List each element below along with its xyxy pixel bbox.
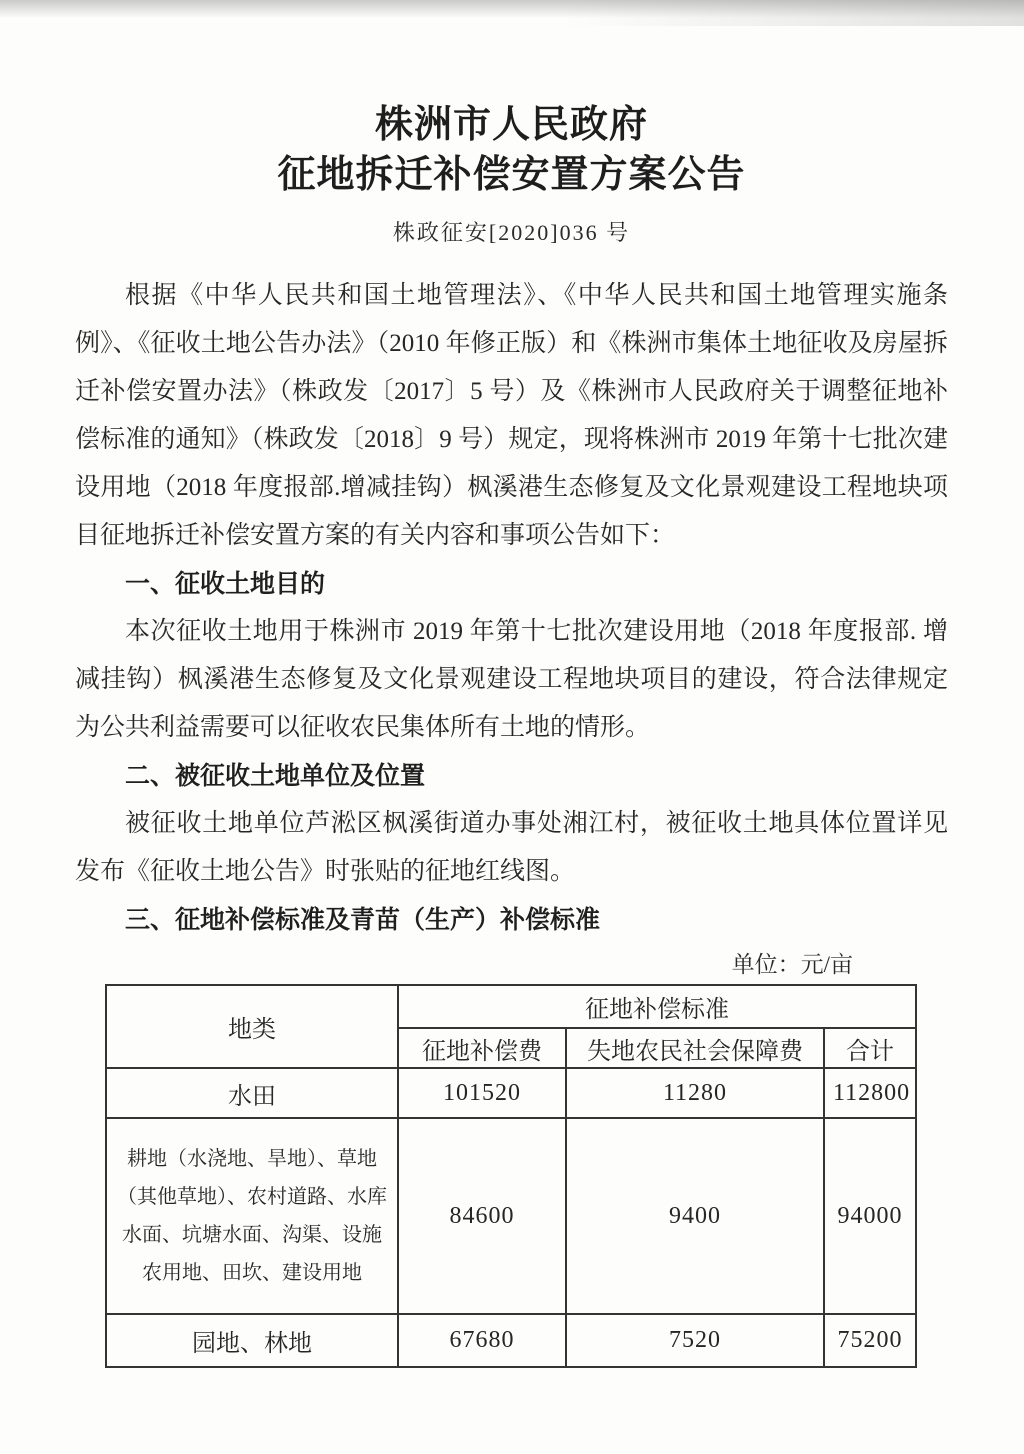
scanned-document-page: 株洲市人民政府 征地拆迁补偿安置方案公告 株政征安[2020]036 号 根据《… [0,0,1024,1454]
table-row-garden-forest: 园地、林地 67680 7520 75200 [106,1314,916,1367]
cell-social-security-fee: 7520 [566,1314,824,1367]
header-cell-standard-group: 征地补偿标准 [398,985,916,1028]
government-title: 株洲市人民政府 [75,100,948,150]
table-row-farmland-other: 耕地（水浇地、旱地）、草地（其他草地）、农村道路、水库水面、坑塘水面、沟渠、设施… [106,1118,916,1314]
header-cell-compensation-fee: 征地补偿费 [398,1028,566,1068]
header-cell-social-security-fee: 失地农民社会保障费 [566,1028,824,1068]
cell-land-type: 园地、林地 [106,1314,398,1367]
cell-land-type: 耕地（水浇地、旱地）、草地（其他草地）、农村道路、水库水面、坑塘水面、沟渠、设施… [106,1118,398,1314]
cell-compensation-fee: 101520 [398,1068,566,1118]
table-row-paddy-field: 水田 101520 11280 112800 [106,1068,916,1118]
announcement-title: 征地拆迁补偿安置方案公告 [75,150,948,200]
section-1-heading: 一、征收土地目的 [75,560,948,608]
section-1-paragraph: 本次征收土地用于株洲市 2019 年第十七批次建设用地（2018 年度报部. 增… [75,608,948,752]
intro-paragraph: 根据《中华人民共和国土地管理法》、《中华人民共和国土地管理实施条例》、《征收土地… [75,272,948,560]
cell-social-security-fee: 9400 [566,1118,824,1314]
cell-total: 94000 [824,1118,916,1314]
cell-compensation-fee: 67680 [398,1314,566,1367]
cell-compensation-fee: 84600 [398,1118,566,1314]
section-3-heading: 三、征地补偿标准及青苗（生产）补偿标准 [75,896,948,944]
table-header-row-1: 地类 征地补偿标准 [106,985,916,1028]
header-cell-total: 合计 [824,1028,916,1068]
scan-artifact-top-shade [0,0,1024,26]
cell-land-type: 水田 [106,1068,398,1118]
cell-social-security-fee: 11280 [566,1068,824,1118]
cell-total: 75200 [824,1314,916,1367]
section-2-paragraph: 被征收土地单位芦淞区枫溪街道办事处湘江村，被征收土地具体位置详见发布《征收土地公… [75,800,948,896]
table-unit-label: 单位：元/亩 [75,950,948,980]
document-number: 株政征安[2020]036 号 [75,218,948,248]
compensation-standards-table: 地类 征地补偿标准 征地补偿费 失地农民社会保障费 合计 水田 101520 1… [105,984,917,1368]
section-2-heading: 二、被征收土地单位及位置 [75,752,948,800]
cell-total: 112800 [824,1068,916,1118]
header-cell-land-type: 地类 [106,985,398,1068]
